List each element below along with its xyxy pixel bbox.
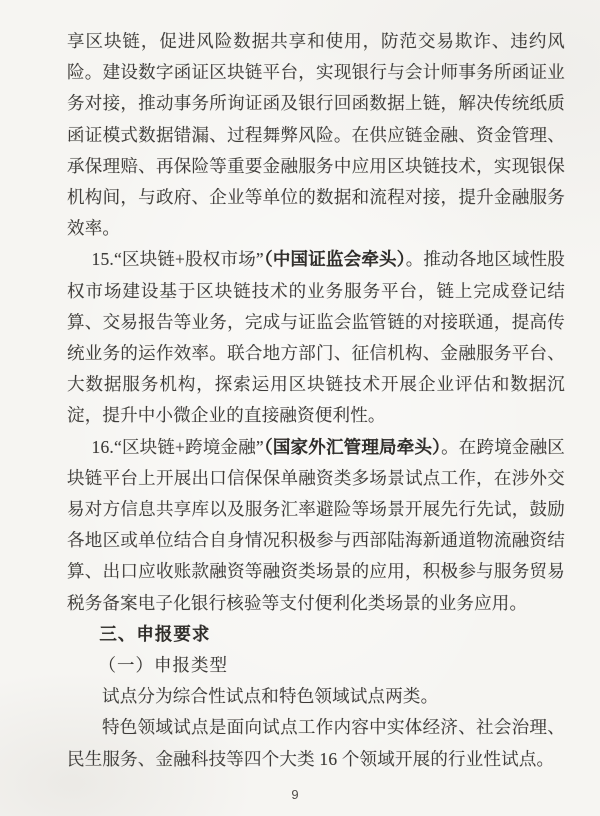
paragraph-text: 16.“区块链+跨境金融” [92,437,264,457]
scanned-document-page: 享区块链，促进风险数据共享和使用，防范交易欺诈、违约风险。建设数字函证区块链平台… [0,0,600,816]
lead-unit-safe: （国家外汇管理局牵头） [264,437,441,457]
paragraph-text: 15.“区块链+股权市场” [92,249,264,269]
lead-unit-csrc: （中国证监会牵头） [264,249,406,269]
section-heading-application-requirements: 三、申报要求 [67,619,565,650]
paragraph-item-15: 15.“区块链+股权市场”（中国证监会牵头）。推动各地区域性股权市场建设基于区块… [67,244,565,431]
scan-artifact-mark: ’ [510,370,516,390]
sub-heading-application-types: （一）申报类型 [67,650,565,681]
paragraph-text: 。推动各地区域性股权市场建设基于区块链技术的业务服务平台，链上完成登记结算、交易… [67,249,565,425]
paragraph-special-domain: 特色领域试点是面向试点工作内容中实体经济、社会治理、民生服务、金融科技等四个大类… [67,712,565,774]
paragraph-text: 享区块链，促进风险数据共享和使用，防范交易欺诈、违约风险。建设数字函证区块链平台… [67,31,565,238]
paragraph-text: 特色领域试点是面向试点工作内容中实体经济、社会治理、民生服务、金融科技等四个大类… [67,717,565,768]
paragraph-continuation: 享区块链，促进风险数据共享和使用，防范交易欺诈、违约风险。建设数字函证区块链平台… [67,26,565,244]
paragraph-pilot-types: 试点分为综合性试点和特色领域试点两类。 [67,681,565,712]
paragraph-text: 。在跨境金融区块链平台上开展出口信保保单融资类多场景试点工作，在涉外交易对方信息… [67,437,565,613]
document-body: 享区块链，促进风险数据共享和使用，防范交易欺诈、违约风险。建设数字函证区块链平台… [67,26,565,775]
page-number: 9 [0,787,590,802]
paragraph-item-16: 16.“区块链+跨境金融”（国家外汇管理局牵头）。在跨境金融区块链平台上开展出口… [67,432,565,619]
paragraph-text: 试点分为综合性试点和特色领域试点两类。 [102,686,438,706]
